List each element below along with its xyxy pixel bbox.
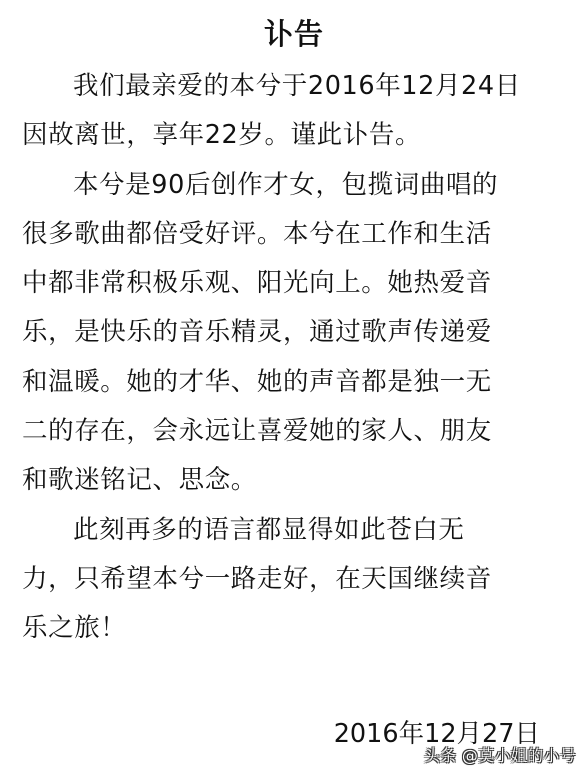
paragraph-2-line-6: 二的存在，会永远让喜爱她的家人、朋友 [22,411,552,460]
paragraph-2-line-4: 乐，是快乐的音乐精灵，通过歌声传递爱 [22,312,552,361]
paragraph-3-line-1: 此刻再多的语言都显得如此苍白无 [22,510,552,559]
paragraph-2-line-5: 和温暖。她的才华、她的声音都是独一无 [22,362,552,411]
paragraph-2-line-1: 本兮是90后创作才女，包揽词曲唱的 [22,165,552,214]
obituary-title: 讣告 [0,14,588,54]
paragraph-1-line-1: 我们最亲爱的本兮于2016年12月24日 [22,66,552,115]
source-watermark: 头条 @莫小姐的小号 [424,745,576,767]
paragraph-2-line-7: 和歌迷铭记、思念。 [22,460,552,509]
paragraph-3-line-3: 乐之旅！ [22,608,552,657]
paragraph-2-line-3: 中都非常积极乐观、阳光向上。她热爱音 [22,263,552,312]
obituary-body: 我们最亲爱的本兮于2016年12月24日 因故离世，享年22岁。谨此讣告。 本兮… [22,66,552,658]
paragraph-2-line-2: 很多歌曲都倍受好评。本兮在工作和生活 [22,214,552,263]
paragraph-1-line-2: 因故离世，享年22岁。谨此讣告。 [22,115,552,164]
paragraph-3-line-2: 力，只希望本兮一路走好，在天国继续音 [22,559,552,608]
